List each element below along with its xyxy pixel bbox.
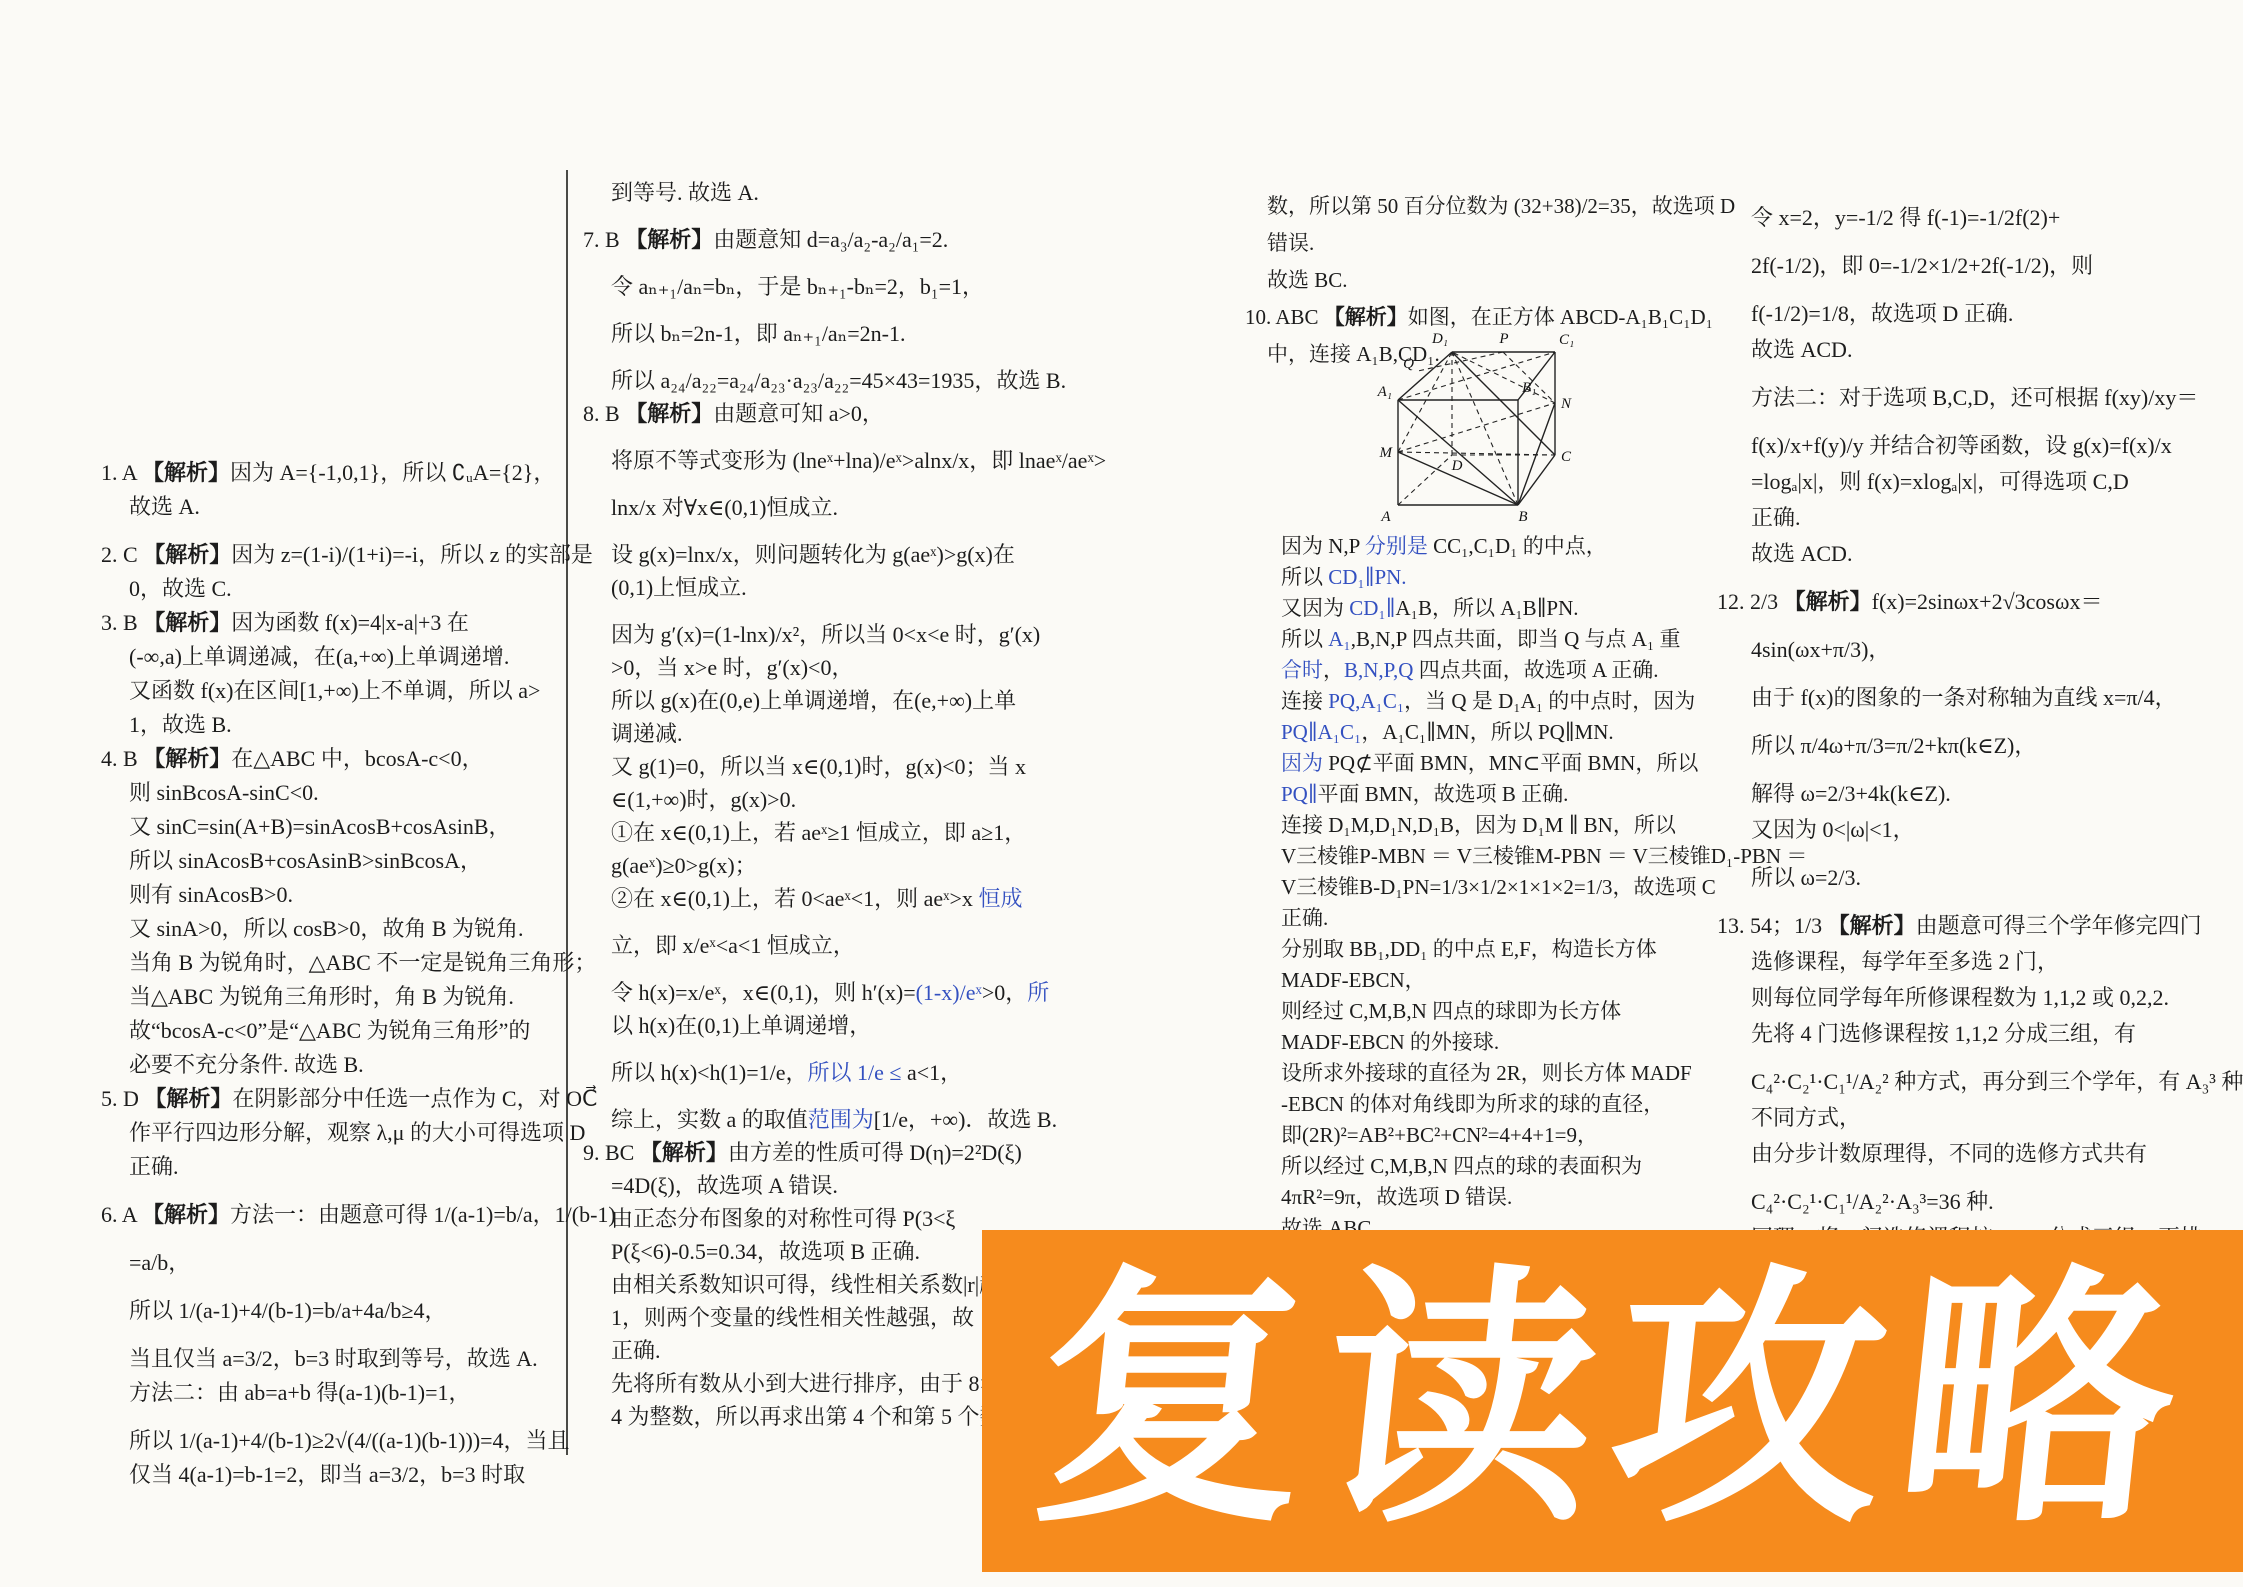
text-segment: 【解析】 [143,746,231,771]
text-line: 立，即 x/eˣ<a<1 恒成立， [583,915,1106,962]
text-segment: 平面 BMN，故选项 B 正确. [1318,782,1569,806]
text-segment: f(-1/2)=1/8，故选项 D 正确. [1751,301,2013,326]
text-line: 将原不等式变形为 (lneˣ+lna)/eˣ>alnx/x，即 lnaeˣ/ae… [583,430,1106,477]
text-segment: 3. B [101,610,143,635]
text-segment: 令 h(x)=x/eˣ，x∈(0,1)，则 h′(x)= [611,980,916,1005]
cube-figure: A B C D M N A₁ B₁ C₁ D₁ P Q [1330,330,1580,530]
text-segment: 【解析】 [625,401,713,426]
text-line: f(-1/2)=1/8，故选项 D 正确. [1717,284,2243,332]
text-segment: =4D(ξ)，故选项 A 错误. [611,1173,838,1198]
text-segment: 【解析】 [143,542,231,567]
text-segment: 4 为整数，所以再求出第 4 个和第 5 个数 [611,1404,1002,1429]
promo-banner-text: 复读攻略 [1022,1265,2203,1537]
text-segment: 由题意可知 a>0， [713,401,884,426]
text-segment: 则经过 C,M,B,N 四点的球即为长方体 [1281,999,1621,1023]
text-line: 所以 bₙ=2n-1，即 aₙ₊₁/aₙ=2n-1. [583,303,1106,350]
text-line: 错误. [1245,225,1735,262]
text-segment: 即(2R)²=AB²+BC²+CN²=4+4+1=9， [1281,1123,1598,1147]
text-segment: 12. 2/3 [1717,589,1784,614]
text-line: g(aeˣ)≥0>g(x)； [583,849,1106,882]
text-segment: 4. B [101,746,143,771]
text-segment: 故选 ACD. [1751,541,1852,566]
text-segment: 数，所以第 50 百分位数为 (32+38)/2=35，故选项 D [1267,194,1735,218]
text-line: 必要不充分条件. 故选 B. [101,1048,616,1082]
text-line: 7. B 【解析】由题意知 d=a₃/a₂-a₂/a₁=2. [583,209,1106,256]
text-line: 2. C 【解析】因为 z=(1-i)/(1+i)=-i，所以 z 的实部是 [101,524,616,572]
text-line: 当△ABC 为锐角三角形时，角 B 为锐角. [101,980,616,1014]
text-line: 故选 ACD. [1717,332,2243,368]
text-segment: 1，故选 B. [129,712,232,737]
text-segment: 所以 h(x)<h(1)=1/e， [611,1060,808,1085]
text-segment: 又 g(1)=0，所以当 x∈(0,1)时，g(x)<0；当 x [611,754,1026,779]
vertex-label-A: A [1380,509,1391,525]
text-line: 因为 g′(x)=(1-lnx)/x²，所以当 0<x<e 时，g′(x) [583,604,1106,651]
text-line: ②在 x∈(0,1)上，若 0<aeˣ<1，则 aeˣ>x 恒成 [583,882,1106,915]
text-segment: 6. A [101,1202,142,1227]
text-line: 8. B 【解析】由题意可知 a>0， [583,397,1106,430]
text-segment: 所以 g(x)在(0,e)上单调递增，在(e,+∞)上单 [611,688,1016,713]
text-line: =logₐ|x|，则 f(x)=xlogₐ|x|，可得选项 C,D [1717,464,2243,500]
text-line: 0，故选 C. [101,572,616,606]
text-segment: 故“bcosA-c<0”是“△ABC 为锐角三角形”的 [129,1018,530,1043]
text-segment: 在阴影部分中任选一点作为 C，对 OC⃗ [232,1086,597,1111]
text-segment: 【解析】 [142,460,230,485]
text-line: =4D(ξ)，故选项 A 错误. [583,1169,1106,1202]
text-segment: 在△ABC 中，bcosA-c<0， [231,746,483,771]
text-line: 又 sinA>0，所以 cosB>0，故角 B 为锐角. [101,912,616,946]
text-segment: 由分步计数原理得，不同的选修方式共有 [1751,1141,2147,1166]
text-segment: 13. 54；1/3 [1717,913,1828,938]
text-line: 作平行四边形分解，观察 λ,μ 的大小可得选项 D [101,1116,616,1150]
text-segment: (0,1)上恒成立. [611,575,747,600]
text-line: 故选 ACD. [1717,536,2243,572]
answer-column-1: 1. A 【解析】因为 A={-1,0,1}，所以 ∁ᵤA={2}，故选 A.2… [101,456,616,1492]
text-segment: 又 sinC=sin(A+B)=sinAcosB+cosAsinB， [129,814,511,839]
text-line: 4. B 【解析】在△ABC 中，bcosA-c<0， [101,742,616,776]
text-segment: 因为 z=(1-i)/(1+i)=-i，所以 z 的实部是 [231,542,593,567]
text-line: 不同方式， [1717,1100,2243,1136]
text-segment: 所以 1/e ≤ [808,1060,902,1085]
text-segment: CD₁∥PN. [1328,565,1406,589]
text-line: 方法二：由 ab=a+b 得(a-1)(b-1)=1， [101,1376,616,1410]
text-segment: 方法一：由题意可得 1/(a-1)=b/a，1/(b-1) [230,1202,616,1227]
text-segment: C₄²·C₂¹·C₁¹/A₂²·A₃³=36 种. [1751,1189,1994,1214]
text-segment: 【解析】 [625,227,713,252]
text-line: C₄²·C₂¹·C₁¹/A₂²·A₃³=36 种. [1717,1172,2243,1220]
text-line: 1，故选 B. [101,708,616,742]
text-segment: 由题意可得三个学年修完四门 [1916,913,2202,938]
text-line: ①在 x∈(0,1)上，若 aeˣ≥1 恒成立，即 a≥1， [583,816,1106,849]
text-segment: 分别是 [1365,534,1428,558]
text-segment: 【解析】 [1828,913,1916,938]
text-segment: g(aeˣ)≥0>g(x)； [611,853,757,878]
text-segment: 【解析】 [144,1086,232,1111]
text-line: 所以 a₂₄/a₂₂=a₂₄/a₂₃·a₂₃/a₂₂=45×43=1935，故选… [583,350,1106,397]
text-line: 方法二：对于选项 B,C,D，还可根据 f(xy)/xy＝ [1717,368,2243,416]
text-line: 6. A 【解析】方法一：由题意可得 1/(a-1)=b/a，1/(b-1) [101,1184,616,1232]
text-segment: 则 sinBcosA-sinC<0. [129,780,319,805]
text-segment: 正确. [1281,906,1328,930]
text-line: lnx/x 对∀x∈(0,1)恒成立. [583,477,1106,524]
text-segment: >0，当 x>e 时，g′(x)<0， [611,655,853,680]
text-segment: f(x)=2sinωx+2√3cosωx＝ [1872,589,2103,614]
text-line: (-∞,a)上单调递减，在(a,+∞)上单调递增. [101,640,616,674]
text-segment: MADF-EBCN 的外接球. [1281,1030,1499,1054]
text-segment: 方法二：对于选项 B,C,D，还可根据 f(xy)/xy＝ [1751,385,2198,410]
text-line: 选修课程，每学年至多选 2 门， [1717,944,2243,980]
text-segment: 所以 1/(a-1)+4/(b-1)≥2√(4/((a-1)(b-1)))=4，… [129,1428,570,1453]
text-segment: 设所求外接球的直径为 2R，则长方体 MADF [1281,1061,1692,1085]
text-line: 所以 ω=2/3. [1717,848,2243,896]
text-line: 到等号. 故选 A. [583,176,1106,209]
text-line: C₄²·C₂¹·C₁¹/A₂² 种方式，再分到三个学年，有 A₃³ 种 [1717,1052,2243,1100]
text-segment: A₁ [1328,627,1351,651]
scanned-answer-page: 1. A 【解析】因为 A={-1,0,1}，所以 ∁ᵤA={2}，故选 A.2… [0,0,2243,1587]
text-segment: 合时 [1281,658,1323,682]
text-line: 当且仅当 a=3/2，b=3 时取到等号，故选 A. [101,1328,616,1376]
vertex-label-M: M [1379,445,1394,461]
text-segment: ，当 Q 是 D₁A₁ 的中点时，因为 [1404,689,1695,713]
text-segment: 所以经过 C,M,B,N 四点的球的表面积为 [1281,1154,1642,1178]
text-segment: ②在 x∈(0,1)上，若 0<aeˣ<1，则 aeˣ>x [611,886,978,911]
text-segment: P(ξ<6)-0.5=0.34，故选项 B 正确. [611,1239,920,1264]
text-line: 3. B 【解析】因为函数 f(x)=4|x-a|+3 在 [101,606,616,640]
text-segment: 因为函数 f(x)=4|x-a|+3 在 [231,610,469,635]
text-line: 所以 h(x)<h(1)=1/e，所以 1/e ≤ a<1， [583,1042,1106,1089]
text-line: 所以 π/4ω+π/3=π/2+kπ(k∈Z)， [1717,716,2243,764]
vertex-label-D1: D₁ [1431,331,1448,347]
text-segment: CD₁∥ [1349,596,1395,620]
text-segment: PQ,A₁C₁ [1328,689,1404,713]
text-segment: 令 aₙ₊₁/aₙ=bₙ，于是 bₙ₊₁-bₙ=2，b₁=1， [611,274,984,299]
text-line: (0,1)上恒成立. [583,571,1106,604]
text-line: ∈(1,+∞)时，g(x)>0. [583,783,1106,816]
text-segment: 则每位同学每年所修课程数为 1,1,2 或 0,2,2. [1751,985,2169,1010]
text-line: 1. A 【解析】因为 A={-1,0,1}，所以 ∁ᵤA={2}， [101,456,616,490]
vertex-label-B: B [1518,509,1527,525]
text-segment: 1. A [101,460,142,485]
text-segment: 选修课程，每学年至多选 2 门， [1751,949,2059,974]
text-segment: CC₁,C₁D₁ 的中点， [1428,534,1607,558]
text-segment: 解得 ω=2/3+4k(k∈Z). [1751,781,1951,806]
text-segment: 则有 sinAcosB>0. [129,882,293,907]
text-segment: PQ⊄平面 BMN，MN⊂平面 BMN，所以 [1323,751,1698,775]
text-line: 故选 BC. [1245,262,1735,299]
text-segment: 所以 bₙ=2n-1，即 aₙ₊₁/aₙ=2n-1. [611,321,905,346]
promo-banner: 复读攻略 [982,1230,2243,1572]
text-segment: 作平行四边形分解，观察 λ,μ 的大小可得选项 D [129,1120,585,1145]
text-segment: 四点共面，故选项 A 正确. [1413,658,1658,682]
text-line: 9. BC 【解析】由方差的性质可得 D(η)=2²D(ξ) [583,1136,1106,1169]
text-segment: 因为 g′(x)=(1-lnx)/x²，所以当 0<x<e 时，g′(x) [611,622,1040,647]
text-segment: 到等号. 故选 A. [611,180,759,205]
text-segment: 将原不等式变形为 (lneˣ+lna)/eˣ>alnx/x，即 lnaeˣ/ae… [611,448,1106,473]
text-segment: =logₐ|x|，则 f(x)=xlogₐ|x|，可得选项 C,D [1751,469,2129,494]
text-line: 又 sinC=sin(A+B)=sinAcosB+cosAsinB， [101,810,616,844]
text-segment: PQ∥ [1281,782,1318,806]
text-segment: 4πR²=9π，故选项 D 错误. [1281,1185,1512,1209]
text-line: 由分步计数原理得，不同的选修方式共有 [1717,1136,2243,1172]
text-line: 先将 4 门选修课程按 1,1,2 分成三组，有 [1717,1016,2243,1052]
text-segment: =a/b， [129,1250,190,1275]
text-line: =a/b， [101,1232,616,1280]
text-line: 所以 1/(a-1)+4/(b-1)≥2√(4/((a-1)(b-1)))=4，… [101,1410,616,1458]
text-line: 仅当 4(a-1)=b-1=2，即当 a=3/2，b=3 时取 [101,1458,616,1492]
text-segment: 故选 BC. [1267,268,1348,292]
text-segment: >0， [982,980,1027,1005]
text-line: 又 g(1)=0，所以当 x∈(0,1)时，g(x)<0；当 x [583,750,1106,783]
text-segment: V三棱锥B-D₁PN=1/3×1/2×1×1×2=1/3，故选项 C [1281,875,1716,899]
text-line: 当角 B 为锐角时，△ABC 不一定是锐角三角形； [101,946,616,980]
text-segment: 10. ABC [1245,305,1324,329]
text-segment: 7. B [583,227,625,252]
text-segment: ， [1323,658,1344,682]
text-segment: 所以 a₂₄/a₂₂=a₂₄/a₂₃·a₂₃/a₂₂=45×43=1935，故选… [611,368,1066,393]
text-segment: 所以 [1281,565,1328,589]
text-segment: 方法二：由 ab=a+b 得(a-1)(b-1)=1， [129,1380,470,1405]
text-segment: 先将所有数从小到大进行排序，由于 8× [611,1371,992,1396]
text-line: 所以 sinAcosB+cosAsinB>sinBcosA， [101,844,616,878]
text-line: >0，当 x>e 时，g′(x)<0， [583,651,1106,684]
text-line: 4sin(ωx+π/3)， [1717,620,2243,668]
text-segment: -EBCN 的体对角线即为所求的球的直径， [1281,1092,1664,1116]
text-segment: 不同方式， [1751,1105,1861,1130]
vertex-label-C: C [1561,449,1572,465]
text-segment: 由题意知 d=a₃/a₂-a₂/a₁=2. [713,227,948,252]
text-line: 设 g(x)=lnx/x，则问题转化为 g(aeˣ)>g(x)在 [583,524,1106,571]
text-segment: 正确. [1751,505,1801,530]
text-segment: a<1， [901,1060,962,1085]
text-segment: 2. C [101,542,143,567]
text-line: 正确. [101,1150,616,1184]
text-segment: 【解析】 [1324,305,1408,329]
text-segment: C₄²·C₂¹·C₁¹/A₂² 种方式，再分到三个学年，有 A₃³ 种 [1751,1069,2243,1094]
text-segment: 所以 [1281,627,1328,651]
text-segment: 当角 B 为锐角时，△ABC 不一定是锐角三角形； [129,950,596,975]
text-segment: 所以 1/(a-1)+4/(b-1)=b/a+4a/b≥4， [129,1298,447,1323]
text-segment: 1，则两个变量的线性相关性越强，故 [611,1305,974,1330]
text-segment: 【解析】 [142,1202,230,1227]
text-segment: 故选 ACD. [1751,337,1852,362]
text-segment: 9. BC [583,1140,640,1165]
text-line: 12. 2/3 【解析】f(x)=2sinωx+2√3cosωx＝ [1717,572,2243,620]
text-line: 综上，实数 a 的取值范围为[1/e，+∞)．故选 B. [583,1089,1106,1136]
text-line: 13. 54；1/3 【解析】由题意可得三个学年修完四门 [1717,896,2243,944]
text-line: 2f(-1/2)，即 0=-1/2×1/2+2f(-1/2)，则 [1717,236,2243,284]
text-segment: 错误. [1267,231,1314,255]
text-segment: 4sin(ωx+π/3)， [1751,637,1890,662]
text-line: 5. D 【解析】在阴影部分中任选一点作为 C，对 OC⃗ [101,1082,616,1116]
text-segment: 又因为 [1281,596,1349,620]
text-line: 则有 sinAcosB>0. [101,878,616,912]
text-line: 则 sinBcosA-sinC<0. [101,776,616,810]
vertex-label-P: P [1498,331,1508,347]
text-segment: 连接 [1281,689,1328,713]
text-segment: 所以 ω=2/3. [1751,865,1861,890]
text-segment: (1-x)/eˣ [916,980,982,1005]
text-segment: 8. B [583,401,625,426]
text-segment: 立，即 x/eˣ<a<1 恒成立， [611,933,855,958]
vertex-label-B1: B₁ [1522,380,1536,396]
text-segment: ①在 x∈(0,1)上，若 aeˣ≥1 恒成立，即 a≥1， [611,820,1026,845]
text-line: 令 aₙ₊₁/aₙ=bₙ，于是 bₙ₊₁-bₙ=2，b₁=1， [583,256,1106,303]
text-line: f(x)/x+f(y)/y 并结合初等函数，设 g(x)=f(x)/x [1717,416,2243,464]
text-segment: 正确. [611,1338,661,1363]
text-segment: 又函数 f(x)在区间[1,+∞)上不单调，所以 a> [129,678,540,703]
text-segment: 由正态分布图象的对称性可得 P(3<ξ [611,1206,955,1231]
text-segment: 【解析】 [640,1140,728,1165]
text-line: 故“bcosA-c<0”是“△ABC 为锐角三角形”的 [101,1014,616,1048]
text-segment: 【解析】 [1784,589,1872,614]
text-segment: 因为 A={-1,0,1}，所以 ∁ᵤA={2}， [230,460,555,485]
text-segment: A₁B，所以 A₁B∥PN. [1395,596,1578,620]
text-line: 所以 1/(a-1)+4/(b-1)=b/a+4a/b≥4， [101,1280,616,1328]
text-line: 令 x=2，y=-1/2 得 f(-1)=-1/2f(2)+ [1717,188,2243,236]
text-segment: lnx/x 对∀x∈(0,1)恒成立. [611,495,838,520]
text-segment: 所以 sinAcosB+cosAsinB>sinBcosA， [129,848,482,873]
text-segment: 【解析】 [143,610,231,635]
text-segment: 0，故选 C. [129,576,232,601]
text-line: 数，所以第 50 百分位数为 (32+38)/2=35，故选项 D [1245,188,1735,225]
text-line: 又函数 f(x)在区间[1,+∞)上不单调，所以 a> [101,674,616,708]
text-segment: 由于 f(x)的图象的一条对称轴为直线 x=π/4， [1751,685,2177,710]
vertex-label-Q: Q [1403,356,1414,372]
text-segment: 5. D [101,1086,144,1111]
text-segment: 恒成 [978,886,1022,911]
text-line: 以 h(x)在(0,1)上单调递增， [583,1009,1106,1042]
text-segment: 以 h(x)在(0,1)上单调递增， [611,1013,871,1038]
vertex-label-N: N [1560,396,1572,412]
text-line: 调递减. [583,717,1106,750]
text-line: 解得 ω=2/3+4k(k∈Z). [1717,764,2243,812]
text-segment: (-∞,a)上单调递减，在(a,+∞)上单调递增. [129,644,509,669]
text-line: 则每位同学每年所修课程数为 1,1,2 或 0,2,2. [1717,980,2243,1016]
text-line: 正确. [1717,500,2243,536]
text-segment: 范围为 [808,1107,874,1132]
text-segment: 故选 A. [129,494,200,519]
text-segment: MADF-EBCN， [1281,968,1426,992]
text-segment: ,B,N,P 四点共面，即当 Q 与点 A₁ 重 [1351,627,1681,651]
text-segment: 设 g(x)=lnx/x，则问题转化为 g(aeˣ)>g(x)在 [611,542,1015,567]
text-segment: ，A₁C₁∥MN，所以 PQ∥MN. [1361,720,1613,744]
text-segment: 调递减. [611,721,683,746]
text-segment: PQ∥A₁C₁ [1281,720,1361,744]
vertex-label-C1: C₁ [1559,332,1574,348]
text-segment: 分别取 BB₁,DD₁ 的中点 E,F，构造长方体 [1281,937,1657,961]
text-segment: 2f(-1/2)，即 0=-1/2×1/2+2f(-1/2)，则 [1751,253,2093,278]
text-segment: [1/e，+∞)．故选 B. [874,1107,1057,1132]
text-segment: f(x)/x+f(y)/y 并结合初等函数，设 g(x)=f(x)/x [1751,433,2172,458]
text-segment: 先将 4 门选修课程按 1,1,2 分成三组，有 [1751,1021,2136,1046]
text-segment: 必要不充分条件. 故选 B. [129,1052,364,1077]
text-segment: 综上，实数 a 的取值 [611,1107,808,1132]
text-segment: 所以 π/4ω+π/3=π/2+kπ(k∈Z)， [1751,733,2036,758]
text-segment: 如图，在正方体 ABCD-A₁B₁C₁D₁ [1408,305,1713,329]
text-segment: ∈(1,+∞)时，g(x)>0. [611,787,796,812]
text-segment: 因为 N,P [1281,534,1365,558]
text-segment: 由方差的性质可得 D(η)=2²D(ξ) [728,1140,1022,1165]
text-segment: 当且仅当 a=3/2，b=3 时取到等号，故选 A. [129,1346,538,1371]
text-line: 又因为 0<|ω|<1， [1717,812,2243,848]
text-segment: 当△ABC 为锐角三角形时，角 B 为锐角. [129,984,514,1009]
answer-column-4: 令 x=2，y=-1/2 得 f(-1)=-1/2f(2)+2f(-1/2)，即… [1717,188,2243,1256]
text-line: 故选 A. [101,490,616,524]
text-segment: 所 [1027,980,1049,1005]
text-segment: 连接 D₁M,D₁N,D₁B，因为 D₁M ∥ BN，所以 [1281,813,1676,837]
text-segment: 又因为 0<|ω|<1， [1751,817,1915,842]
text-line: 令 h(x)=x/eˣ，x∈(0,1)，则 h′(x)=(1-x)/eˣ>0，所 [583,962,1106,1009]
vertex-label-D: D [1451,458,1463,474]
text-segment: 因为 [1281,751,1323,775]
text-segment: 仅当 4(a-1)=b-1=2，即当 a=3/2，b=3 时取 [129,1462,525,1487]
text-segment: 又 sinA>0，所以 cosB>0，故角 B 为锐角. [129,916,524,941]
vertex-label-A1: A₁ [1377,384,1392,400]
text-segment: 令 x=2，y=-1/2 得 f(-1)=-1/2f(2)+ [1751,205,2060,230]
text-line: 所以 g(x)在(0,e)上单调递增，在(e,+∞)上单 [583,684,1106,717]
text-segment: B,N,P,Q [1344,658,1413,682]
text-segment: 正确. [129,1154,179,1179]
text-segment: 由相关系数知识可得，线性相关系数|r|越 [611,1272,1001,1297]
text-line: 由于 f(x)的图象的一条对称轴为直线 x=π/4， [1717,668,2243,716]
